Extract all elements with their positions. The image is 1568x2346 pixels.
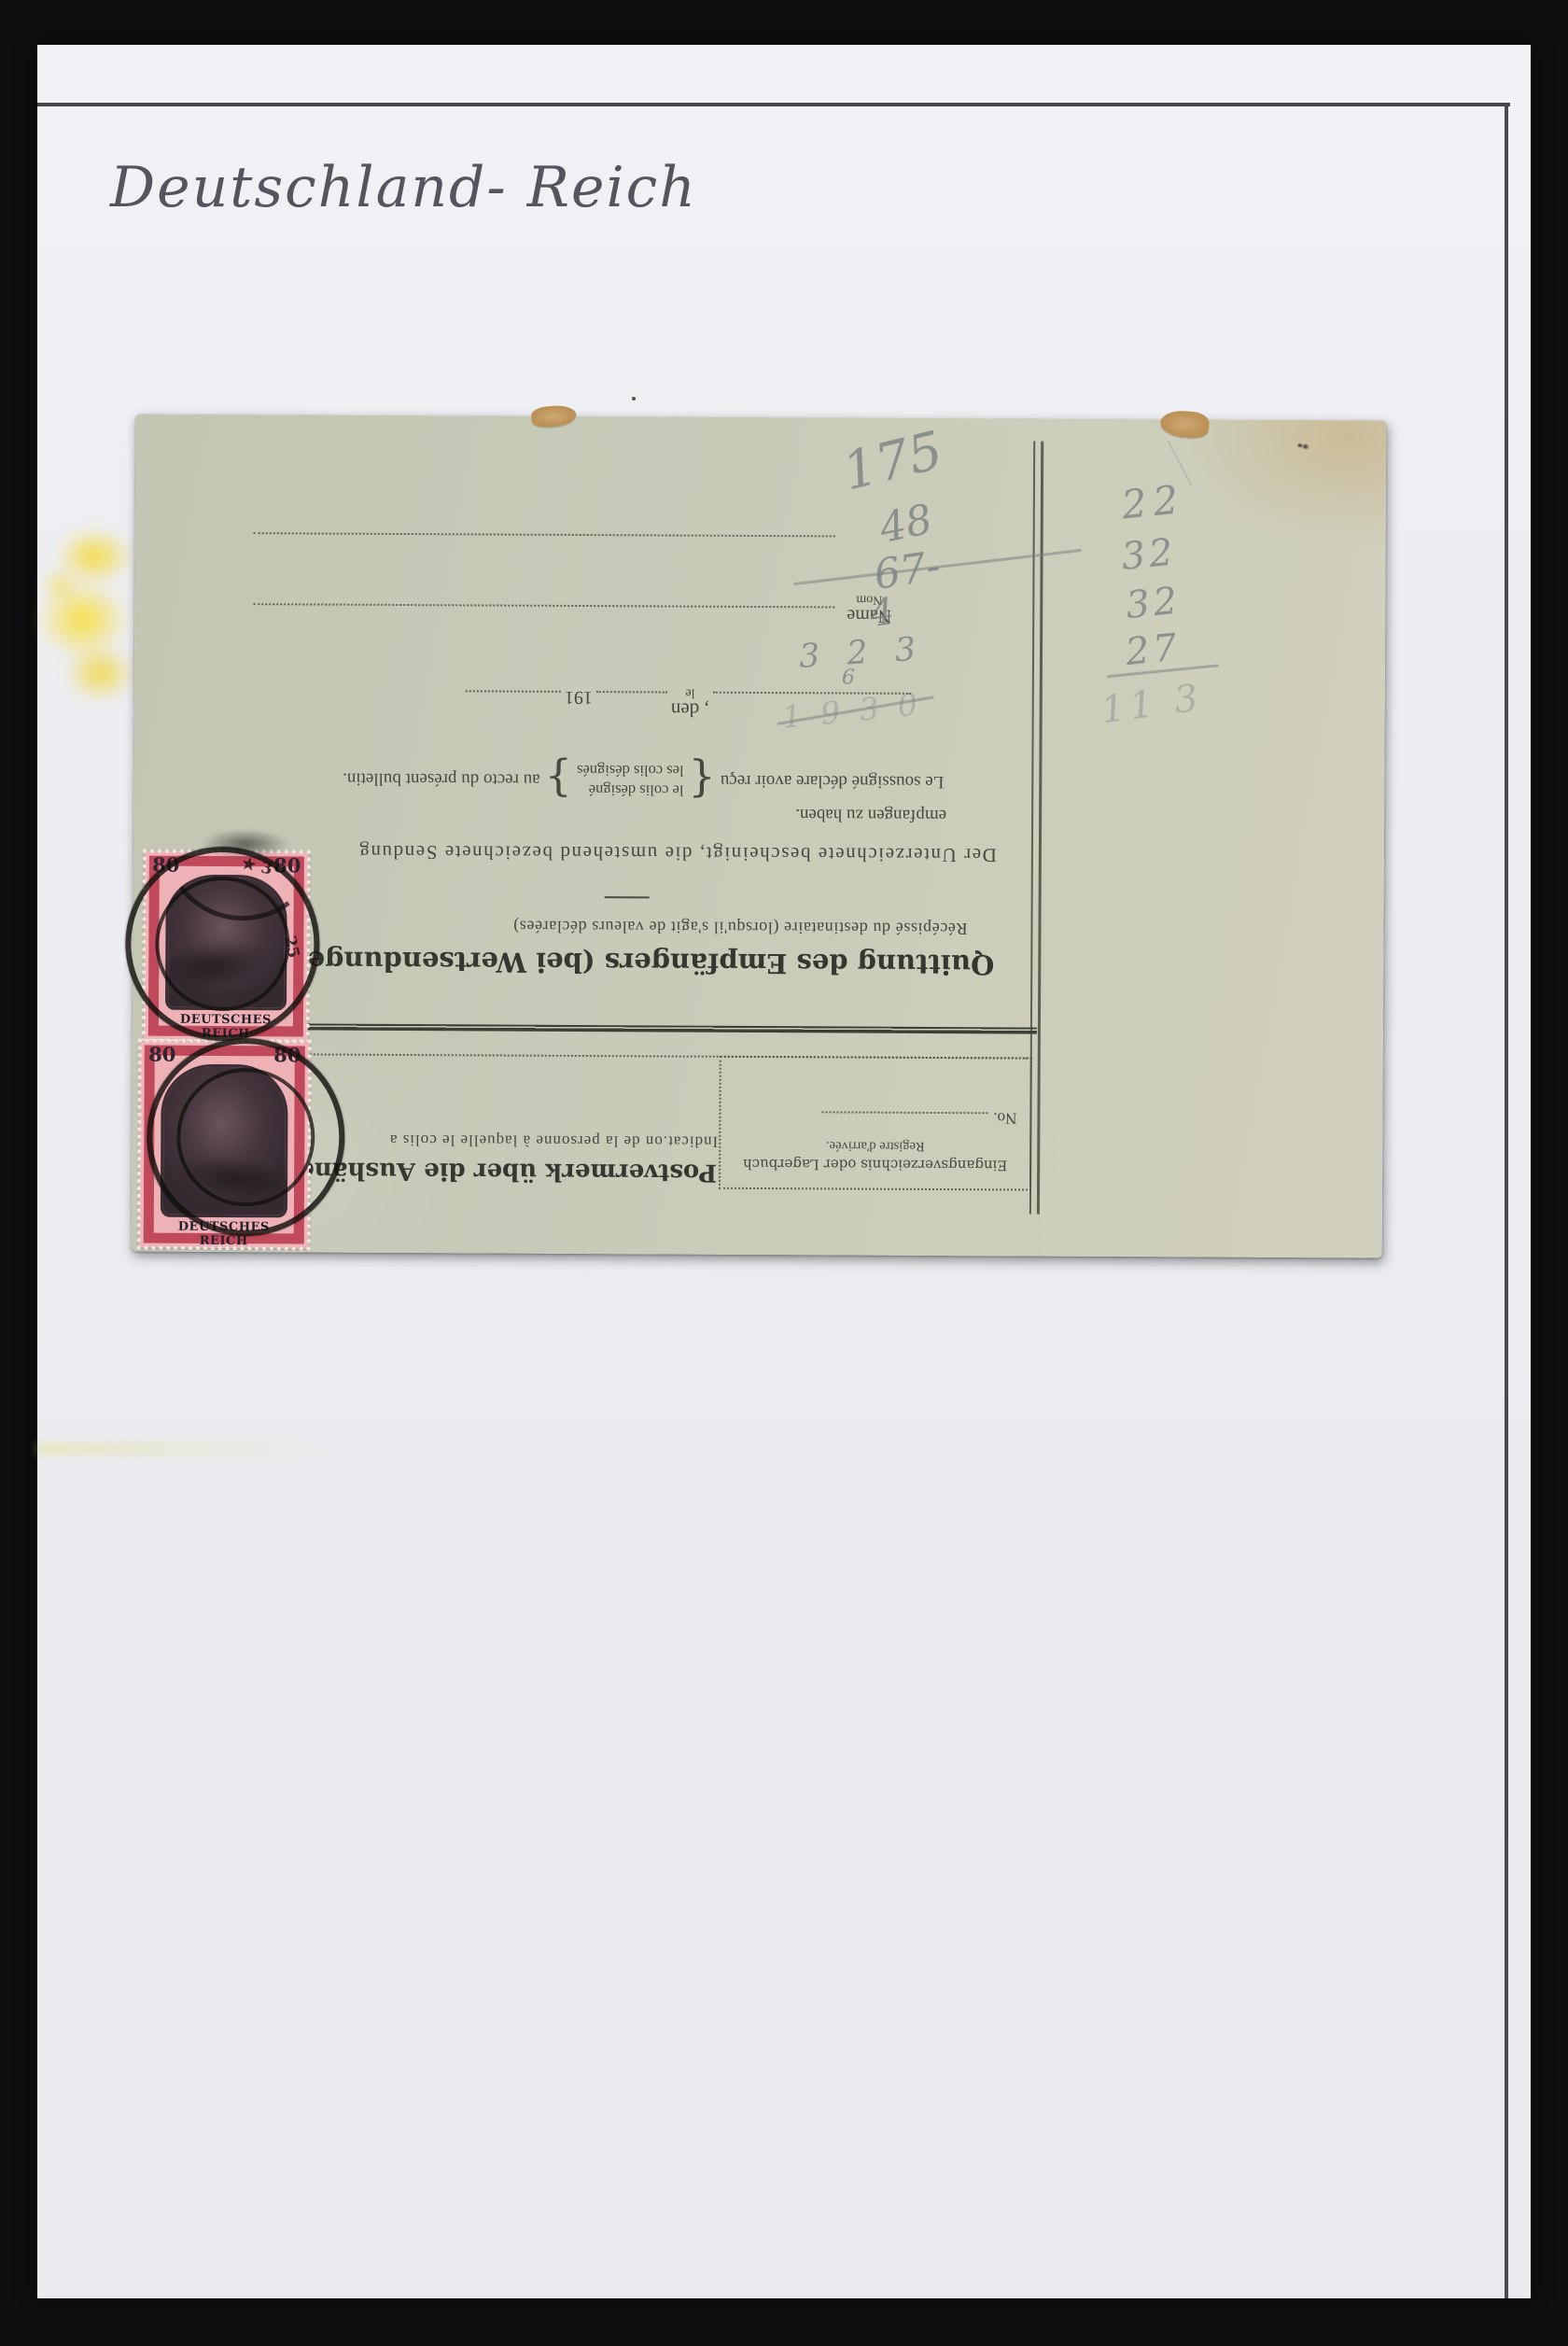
page-frame-line-top bbox=[37, 103, 1510, 106]
paper-speck bbox=[632, 397, 636, 400]
empfangen-text: empfangen zu haben. bbox=[771, 804, 946, 825]
colis-singular: le colis désigné bbox=[577, 780, 684, 799]
stamp-value-left: 80 bbox=[148, 1043, 176, 1066]
au-recto-text: au recto du présent bulletin. bbox=[343, 768, 540, 790]
pencil-note-113: 11 3 bbox=[1099, 676, 1205, 732]
paper-tear-right bbox=[1160, 410, 1211, 439]
album-page: Deutschland- Reich Name Nom , den le 191 bbox=[37, 45, 1531, 2298]
pencil-note-6: 6 bbox=[842, 666, 855, 689]
page-frame-line-right bbox=[1505, 105, 1508, 2298]
page-title: Deutschland- Reich bbox=[110, 155, 697, 220]
parcel-card: Name Nom , den le 191 Le soussigné décla… bbox=[132, 414, 1387, 1257]
soussigne-text: Le soussigné déclare avoir reçu bbox=[721, 770, 945, 792]
writing-line-1 bbox=[254, 532, 835, 537]
registry-box: Eingangsverzeichnis oder Lagerbuch Regis… bbox=[719, 1056, 1032, 1191]
pencil-note-323: 3 2 3 bbox=[798, 630, 925, 676]
section-rule bbox=[279, 1023, 1037, 1033]
quittung-heading: Quittung des Empfängers (bei Wertsendung… bbox=[305, 945, 994, 980]
writing-line-2 bbox=[253, 603, 834, 608]
paper-tear-left bbox=[531, 404, 577, 428]
registry-box-content: Eingangsverzeichnis oder Lagerbuch Regis… bbox=[721, 1058, 1030, 1189]
brace-close: } bbox=[545, 758, 573, 801]
colis-plural: les colis désignés bbox=[577, 760, 684, 780]
pencil-note-32a: 32 bbox=[1119, 530, 1178, 579]
den-label: , den bbox=[671, 700, 709, 720]
yellow-streak bbox=[37, 1443, 327, 1454]
postvermerk-heading: Postvermerk über die Aushändig bbox=[306, 1156, 717, 1186]
den-le-label: , den le bbox=[671, 686, 709, 720]
ink-speck bbox=[1295, 439, 1311, 454]
registre-label: Registre d'arrivée. bbox=[734, 1137, 1016, 1155]
eingang-label: Eingangsverzeichnis oder Lagerbuch bbox=[734, 1156, 1016, 1174]
yellow-stain bbox=[32, 491, 146, 724]
no-row: No. bbox=[734, 1107, 1016, 1128]
le-label: le bbox=[685, 686, 694, 699]
postmark-circle-bottom bbox=[147, 1038, 345, 1237]
ink-smudge bbox=[189, 825, 301, 864]
pencil-note-22: 22 bbox=[1120, 476, 1187, 527]
separator-dash bbox=[605, 896, 650, 898]
indication-text: Indicat.on de la personne à laquelle le … bbox=[292, 1130, 718, 1150]
pencil-note-32b: 32 bbox=[1124, 579, 1183, 627]
date-blank-2 bbox=[596, 691, 667, 702]
unterzeichnete-text: Der Unterzeichnete bescheinigt, die umst… bbox=[213, 839, 997, 866]
year-label: 191 bbox=[565, 686, 593, 708]
column-rule-thick bbox=[1037, 442, 1043, 1215]
no-label: No. bbox=[993, 1108, 1016, 1127]
pencil-note-175: 175 bbox=[837, 420, 948, 502]
recepisse-text: Récépissé du destinataire (lorsqu'il s'a… bbox=[293, 915, 967, 938]
no-blank bbox=[821, 1111, 987, 1123]
colis-options: le colis désigné les colis désignés bbox=[577, 760, 684, 799]
date-blank-3 bbox=[466, 690, 561, 702]
pencil-note-27: 27 bbox=[1124, 625, 1183, 674]
brace-open: { bbox=[688, 759, 716, 802]
photo-backdrop: Deutschland- Reich Name Nom , den le 191 bbox=[0, 0, 1568, 2346]
